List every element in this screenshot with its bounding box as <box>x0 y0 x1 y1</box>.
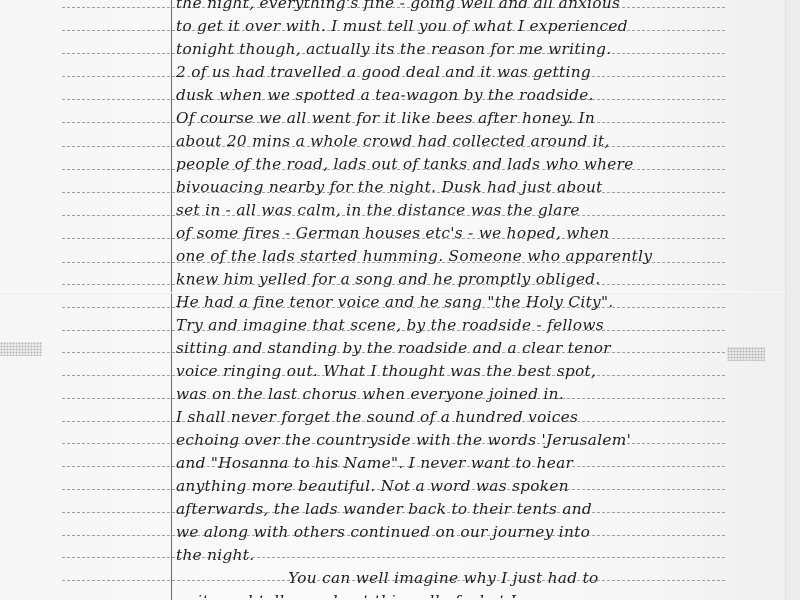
handwritten-line: to get it over with. I must tell you of … <box>176 15 747 37</box>
handwritten-line: 2 of us had travelled a good deal and it… <box>176 61 747 83</box>
handwritten-line: tonight though, actually its the reason … <box>176 38 747 60</box>
margin-rule <box>171 0 172 600</box>
handwritten-line: about 20 mins a whole crowd had collecte… <box>176 130 747 152</box>
handwritten-line: write and tell you about this - all of w… <box>176 590 747 598</box>
handwritten-line: Try and imagine that scene, by the roads… <box>176 314 747 336</box>
handwritten-line: anything more beautiful. Not a word was … <box>176 475 747 497</box>
handwritten-line: You can well imagine why I just had to <box>176 567 785 589</box>
handwritten-line: set in - all was calm, in the distance w… <box>176 199 747 221</box>
handwritten-line: bivouacing nearby for the night. Dusk ha… <box>176 176 747 198</box>
handwritten-line: the night, everything's fine - going wel… <box>176 0 747 14</box>
page-edge <box>785 0 800 600</box>
handwritten-line: echoing over the countryside with the wo… <box>176 429 747 451</box>
handwritten-line: knew him yelled for a song and he prompt… <box>176 268 747 290</box>
handwritten-line: I shall never forget the sound of a hund… <box>176 406 747 428</box>
handwritten-line: dusk when we spotted a tea-wagon by the … <box>176 84 747 106</box>
handwritten-line: sitting and standing by the roadside and… <box>176 337 747 359</box>
handwritten-line: Of course we all went for it like bees a… <box>176 107 747 129</box>
scan-artifact-left <box>0 342 42 356</box>
handwritten-line: and "Hosanna to his Name". I never want … <box>176 452 747 474</box>
handwritten-line: afterwards, the lads wander back to thei… <box>176 498 747 520</box>
handwritten-line: the night. <box>176 544 747 566</box>
handwritten-line: voice ringing out. What I thought was th… <box>176 360 747 382</box>
handwritten-line: of some fires - German houses etc's - we… <box>176 222 747 244</box>
handwritten-line: He had a fine tenor voice and he sang "t… <box>176 291 747 313</box>
handwritten-line: one of the lads started humming. Someone… <box>176 245 747 267</box>
handwritten-line: people of the road, lads out of tanks an… <box>176 153 747 175</box>
letter-page: the night, everything's fine - going wel… <box>0 0 785 600</box>
handwritten-line: was on the last chorus when everyone joi… <box>176 383 747 405</box>
handwritten-line: we along with others continued on our jo… <box>176 521 747 543</box>
